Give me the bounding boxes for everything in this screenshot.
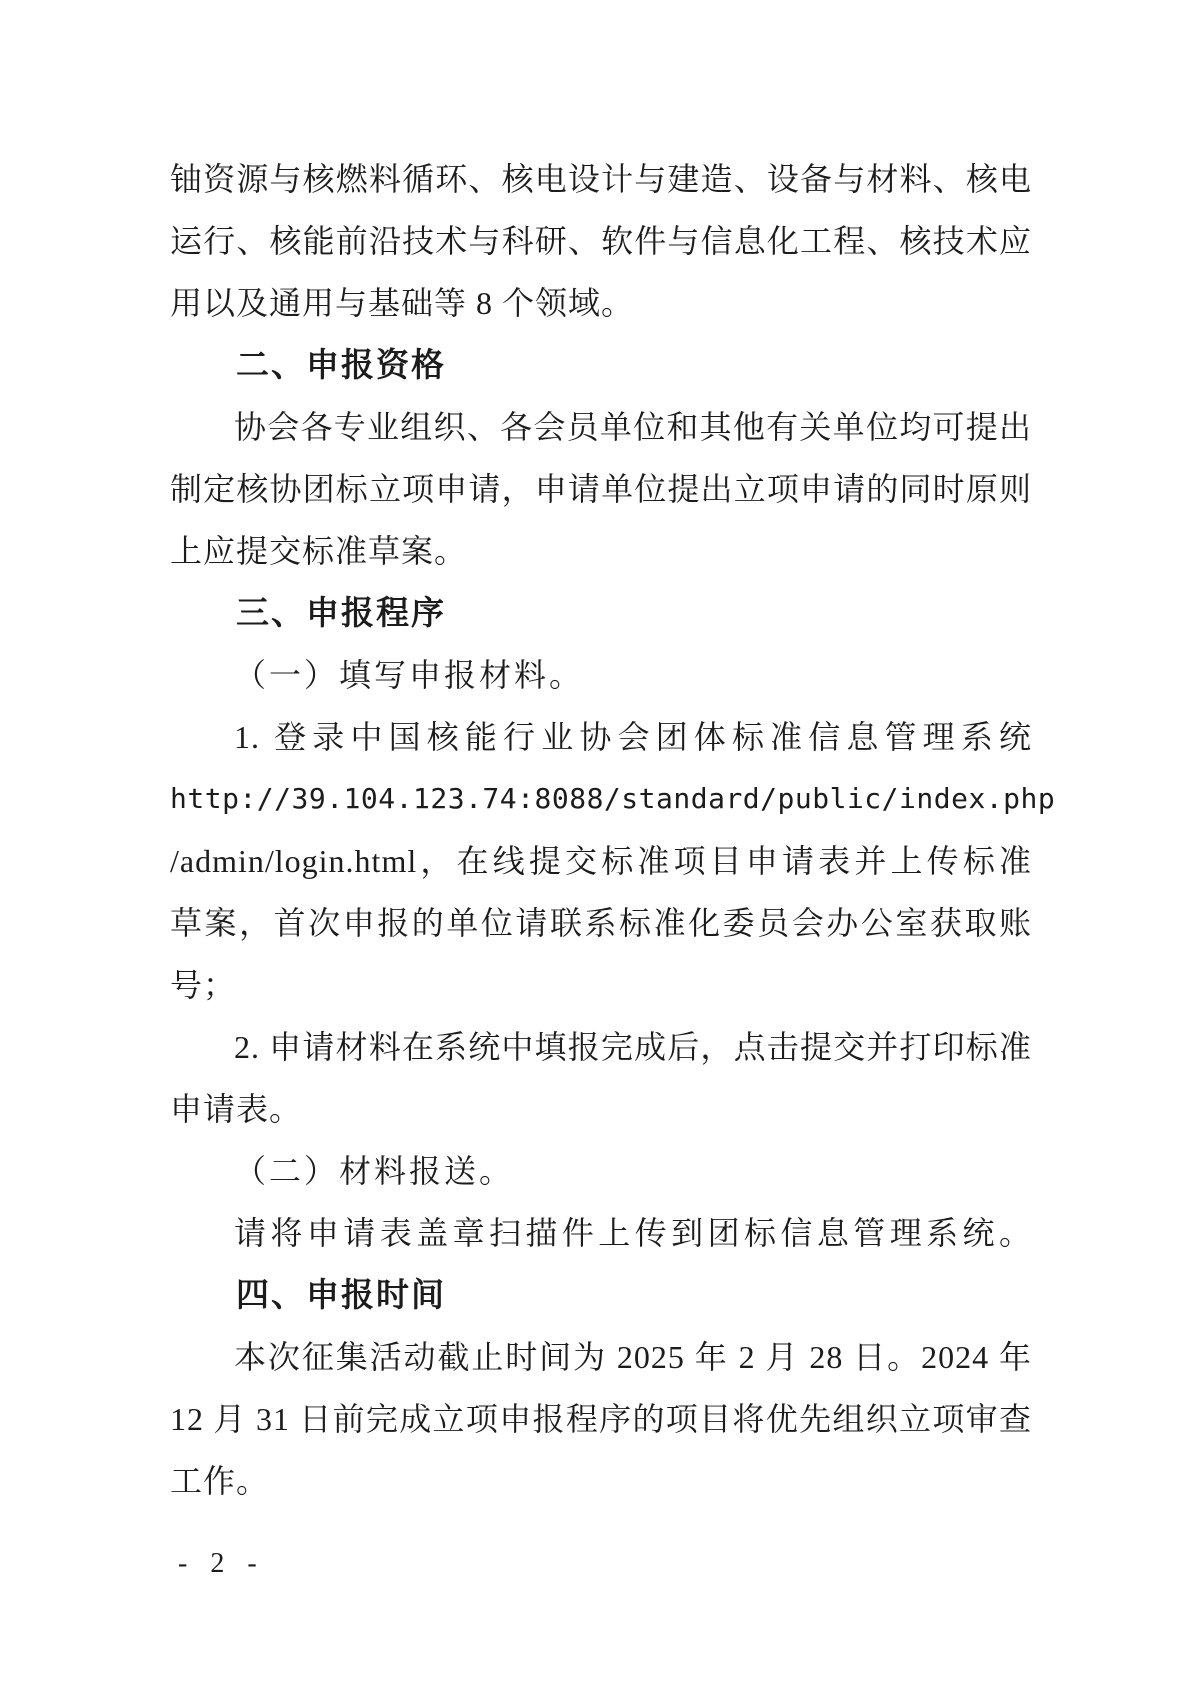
body-line: 1. 登录中国核能行业协会团体标准信息管理系统 (170, 706, 1032, 768)
body-line: 协会各专业组织、各会员单位和其他有关单位均可提出 (170, 396, 1032, 458)
document-body: 铀资源与核燃料循环、核电设计与建造、设备与材料、核电 运行、核能前沿技术与科研、… (170, 148, 1032, 1512)
page-number: - 2 - (178, 1544, 1200, 1584)
body-line: 运行、核能前沿技术与科研、软件与信息化工程、核技术应 (170, 210, 1032, 272)
body-line: 制定核协团标立项申请，申请单位提出立项申请的同时原则 (170, 458, 1032, 520)
body-line: 号； (170, 954, 1032, 1016)
body-line: 本次征集活动截止时间为 2025 年 2 月 28 日。2024 年 (170, 1326, 1032, 1388)
body-line: 草案，首次申报的单位请联系标准化委员会办公室获取账 (170, 892, 1032, 954)
body-line: 2. 申请材料在系统中填报完成后，点击提交并打印标准 (170, 1016, 1032, 1078)
body-line: 申请表。 (170, 1078, 1032, 1140)
body-line: 用以及通用与基础等 8 个领域。 (170, 272, 1032, 334)
body-line: 工作。 (170, 1450, 1032, 1512)
body-line: 请将申请表盖章扫描件上传到团标信息管理系统。 (170, 1202, 1032, 1264)
document-page: 铀资源与核燃料循环、核电设计与建造、设备与材料、核电 运行、核能前沿技术与科研、… (0, 0, 1200, 1696)
body-line: /admin/login.html，在线提交标准项目申请表并上传标准 (170, 830, 1032, 892)
subsection-heading: （一）填写申报材料。 (170, 644, 1032, 706)
section-heading-4: 四、申报时间 (170, 1264, 1032, 1326)
body-line: 上应提交标准草案。 (170, 520, 1032, 582)
body-line: 铀资源与核燃料循环、核电设计与建造、设备与材料、核电 (170, 148, 1032, 210)
section-heading-3: 三、申报程序 (170, 582, 1032, 644)
subsection-heading: （二）材料报送。 (170, 1140, 1032, 1202)
section-heading-2: 二、申报资格 (170, 334, 1032, 396)
body-line: 12 月 31 日前完成立项申报程序的项目将优先组织立项审查 (170, 1388, 1032, 1450)
system-url: http://39.104.123.74:8088/standard/publi… (170, 768, 1032, 830)
